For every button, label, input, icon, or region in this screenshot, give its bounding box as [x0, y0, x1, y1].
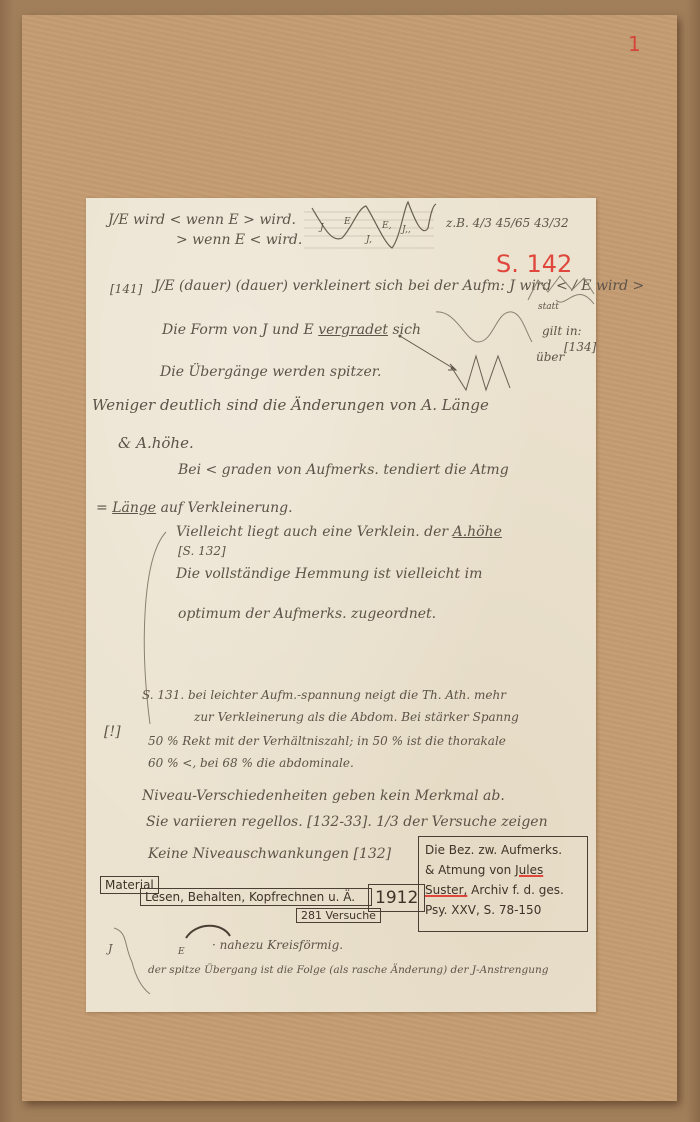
page-number: 1	[628, 32, 641, 56]
wave-arrow-sketch	[336, 306, 546, 396]
note-line-4: Weniger deutlich sind die Änderungen von…	[92, 396, 489, 414]
citation-line-3: Suster, Archiv f. d. ges.	[425, 883, 564, 897]
formula-line-1: J/E wird < wenn E > wird.	[108, 212, 296, 228]
note-line-17: Keine Niveauschwankungen [132]	[148, 846, 391, 862]
bottom-curve-sketch: J E	[106, 918, 256, 1008]
citation-archiv: Archiv f. d. ges.	[471, 883, 564, 897]
svg-text:J,: J,	[364, 235, 372, 245]
svg-text:E,: E,	[381, 221, 392, 231]
side-gilt-in: gilt in:	[542, 324, 582, 338]
note-line-5: & A.höhe.	[118, 434, 194, 452]
note-line-8-text: Vielleicht liegt auch eine Verklein. der	[176, 524, 448, 540]
ratios: z.B. 4/3 45/65 43/32	[446, 216, 569, 230]
exclamation-mark: [!]	[104, 724, 121, 740]
formula-line-2: > wenn E < wird.	[176, 232, 302, 248]
citation-line-4: Psy. XXV, S. 78-150	[425, 903, 541, 917]
note-line-15: Niveau-Verschiedenheiten geben kein Merk…	[142, 788, 505, 804]
note-line-12: zur Verkleinerung als die Abdom. Bei stä…	[194, 710, 519, 724]
svg-text:J,,: J,,	[400, 225, 411, 235]
note-line-2-text: Die Form von J und E	[162, 322, 314, 338]
svg-text:J: J	[106, 942, 113, 955]
equals-prefix: =	[96, 500, 108, 516]
note-line-6: Bei < graden von Aufmerks. tendiert die …	[178, 462, 509, 478]
material-box: Lesen, Behalten, Kopfrechnen u. Ä.	[140, 888, 372, 906]
note-line-8: Vielleicht liegt auch eine Verklein. der…	[176, 524, 502, 540]
note-line-16: Sie variieren regellos. [132-33]. 1/3 de…	[146, 814, 548, 830]
note-line-14: 60 % <, bei 68 % die abdominale.	[148, 756, 354, 770]
svg-text:E: E	[343, 217, 351, 227]
bottom-line-2: der spitze Übergang ist die Folge (als r…	[148, 964, 549, 976]
laenge: Länge	[112, 500, 156, 516]
ref-141: [141]	[110, 282, 142, 296]
ref-s132: [S. 132]	[178, 544, 226, 558]
citation-line-1: Die Bez. zw. Aufmerks.	[425, 843, 562, 857]
side-ueber: über	[536, 350, 564, 364]
note-line-7-text: auf Verkleinerung.	[161, 500, 293, 516]
a-hoehe: A.höhe	[453, 524, 502, 540]
note-line-13: 50 % Rekt mit der Verhältniszahl; in 50 …	[148, 734, 506, 748]
note-line-11: S. 131. bei leichter Aufm.-spannung neig…	[142, 688, 506, 702]
citation-box: Die Bez. zw. Aufmerks. & Atmung von Jule…	[418, 836, 588, 932]
citation-line-2: & Atmung von Jules	[425, 863, 543, 877]
breathing-curve-sketch: J E J, E, J,,	[304, 198, 454, 268]
author-last-name: Suster,	[425, 883, 467, 897]
note-line-3: Die Übergänge werden spitzer.	[160, 364, 381, 380]
year: 1912	[368, 884, 425, 912]
bottom-line-1: · nahezu Kreisförmig.	[212, 938, 343, 952]
author-first-name: Jules	[515, 863, 543, 877]
note-line-7: = Länge auf Verkleinerung.	[96, 500, 293, 516]
note-line-10: optimum der Aufmerks. zugeordnet.	[178, 606, 436, 622]
note-line-9: Die vollständige Hemmung ist vielleicht …	[176, 566, 482, 582]
citation-atmung: & Atmung von	[425, 863, 511, 877]
handwritten-note: J/E wird < wenn E > wird. > wenn E < wir…	[86, 198, 596, 1012]
ref-134: [134]	[564, 340, 596, 354]
svg-text:E: E	[177, 947, 185, 957]
